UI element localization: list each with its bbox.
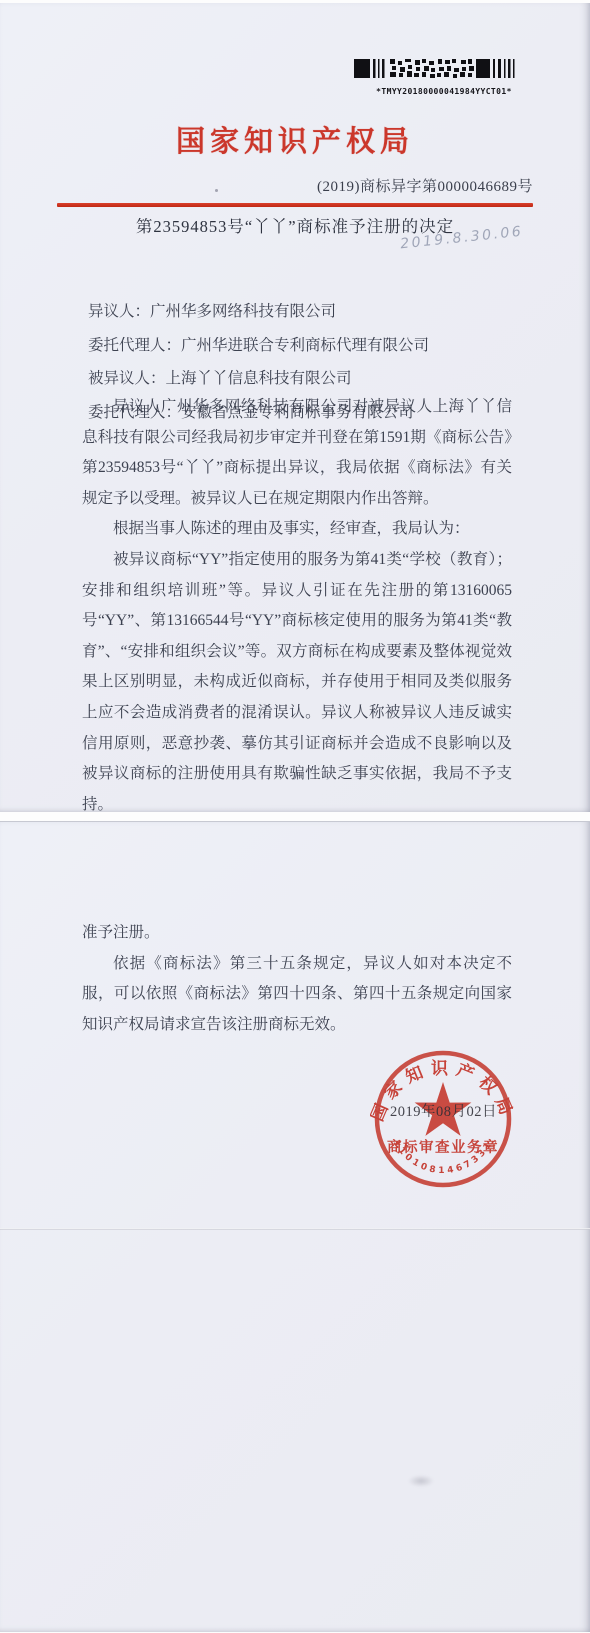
paragraph: 依据《商标法》第三十五条规定，异议人如对本决定不服，可以依照《商标法》第四十四条… [82,949,512,1041]
scan-speck [215,189,218,192]
paper-fold-crease [0,1228,590,1230]
agency-title: 国家知识产权局 [0,119,590,160]
paragraph: 异议人广州华多网络科技有限公司对被异议人上海丫丫信息科技有限公司经我局初步审定并… [82,392,512,514]
party-opponent: 异议人：广州华多网络科技有限公司 [88,295,528,329]
document-number: (2019)商标异字第0000046689号 [317,175,533,196]
body-text-page2: 准予注册。 依据《商标法》第三十五条规定，异议人如对本决定不服，可以依照《商标法… [82,918,512,1040]
barcode-text: *TMYY20180000041984YYCT01* [352,87,536,96]
document-page-2: 准予注册。 依据《商标法》第三十五条规定，异议人如对本决定不服，可以依照《商标法… [0,821,590,1632]
body-text-page1: 异议人广州华多网络科技有限公司对被异议人上海丫丫信息科技有限公司经我局初步审定并… [82,392,512,812]
paragraph: 准予注册。 [82,918,512,949]
party-respondent: 被异议人：上海丫丫信息科技有限公司 [88,362,528,396]
paragraph: 被异议商标“YY”指定使用的服务为第41类“学校（教育）；安排和组织培训班”等。… [82,545,512,812]
scan-smudge [408,1475,434,1487]
document-page-1: *TMYY20180000041984YYCT01* 国家知识产权局 (2019… [0,3,590,812]
barcode-icon [352,59,536,81]
party-opponent-agent: 委托代理人：广州华进联合专利商标代理有限公司 [88,329,528,363]
red-divider-line [57,203,533,207]
barcode: *TMYY20180000041984YYCT01* [352,59,536,96]
paragraph: 根据当事人陈述的理由及事实，经审查，我局认为： [82,514,512,545]
decision-date: 2019年08月02日 [390,1100,497,1121]
